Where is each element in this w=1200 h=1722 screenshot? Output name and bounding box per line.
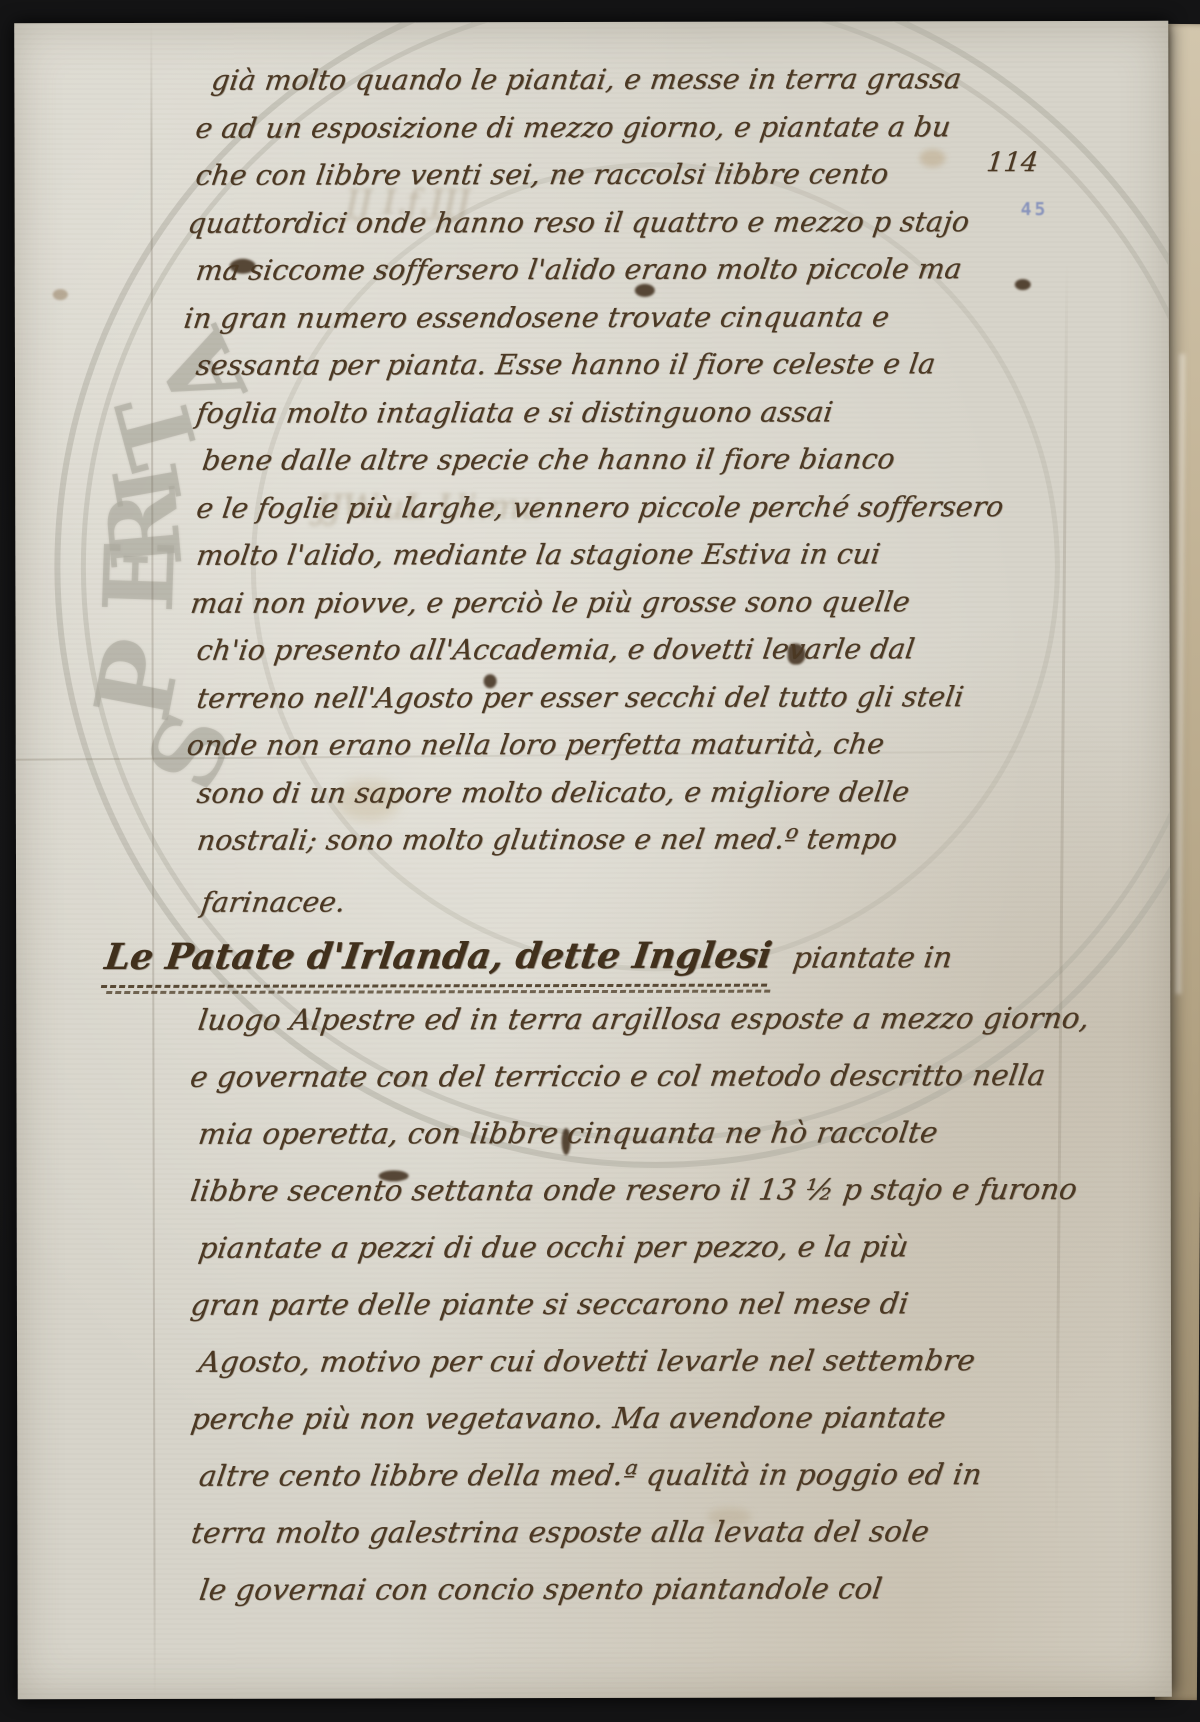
handwritten-line: gran parte delle piante si seccarono nel… [187,1275,1089,1334]
underlying-page-highlight [1175,354,1185,994]
handwritten-line: già molto quando le piantai, e messe in … [208,55,1085,104]
handwritten-line: mai non piovve, e perciò le più grosse s… [188,577,1087,626]
handwritten-line: sessanta per pianta. Esse hanno il fiore… [193,340,1086,389]
heading-continuation: piantate in [791,940,954,974]
heading-title-underlined: Le Patate d'Irlanda, dette Inglesi [101,935,775,988]
handwritten-line: altre cento libbre della med.ª qualità i… [195,1446,1089,1505]
handwritten-line: bene dalle altre specie che hanno il fio… [199,435,1086,484]
section-heading: Le Patate d'Irlanda, dette Inglesipianta… [102,934,1086,978]
handwritten-line: nostrali; sono molto glutinose e nel med… [194,815,1087,864]
handwritten-line: terra molto galestrina esposte alla leva… [187,1503,1089,1562]
manuscript-text: già molto quando le piantai, e messe in … [14,21,1171,1619]
handwritten-line: terreno nell'Agosto per esser secchi del… [194,672,1087,721]
handwritten-line: sono di un sapore molto delicato, e migl… [194,767,1087,816]
handwritten-line: e governate con del terriccio e col meto… [187,1047,1089,1106]
paragraph-1: già molto quando le piantai, e messe in … [192,55,1080,926]
handwritten-line: in gran numero essendosene trovate cinqu… [181,292,1086,341]
handwritten-line: e le foglie più larghe, vennero piccole … [193,482,1086,531]
handwritten-line: ma siccome soffersero l'alido erano molt… [193,245,1086,294]
handwritten-line: e ad un esposizione di mezzo giorno, e p… [193,102,1086,151]
handwritten-line: luogo Alpestre ed in terra argillosa esp… [194,990,1088,1049]
handwritten-line: foglia molto intagliata e si distinguono… [193,387,1086,436]
manuscript-sheet: ATIREPS JJ I.f.JJJ JJW.uL Ui.mu 114 45 g… [14,21,1172,1699]
handwritten-line: Agosto, motivo per cui dovetti levarle n… [195,1332,1089,1391]
handwritten-line: ch'io presento all'Accademia, e dovetti … [194,625,1087,674]
handwritten-line: molto l'alido, mediante la stagione Esti… [193,530,1086,579]
scanned-page-background: ATIREPS JJ I.f.JJJ JJW.uL Ui.mu 114 45 g… [0,0,1200,1722]
handwritten-line: onde non erano nella loro perfetta matur… [184,720,1087,769]
handwritten-line: libbre secento settanta onde resero il 1… [187,1161,1089,1220]
handwritten-line: farinacee. [198,876,1087,925]
handwritten-line: quattordici onde hanno reso il quattro e… [185,197,1086,246]
handwritten-line: perche più non vegetavano. Ma avendone p… [187,1389,1089,1448]
handwritten-line: le governai con concio spento piantandol… [196,1560,1090,1619]
handwritten-line: mia operetta, con libbre cinquanta ne hò… [195,1104,1089,1163]
paragraph-2: luogo Alpestre ed in terra argillosa esp… [194,990,1081,1619]
handwritten-line: che con libbre venti sei, ne raccolsi li… [193,150,1086,199]
handwritten-line: piantate a pezzi di due occhi per pezzo,… [195,1218,1089,1277]
